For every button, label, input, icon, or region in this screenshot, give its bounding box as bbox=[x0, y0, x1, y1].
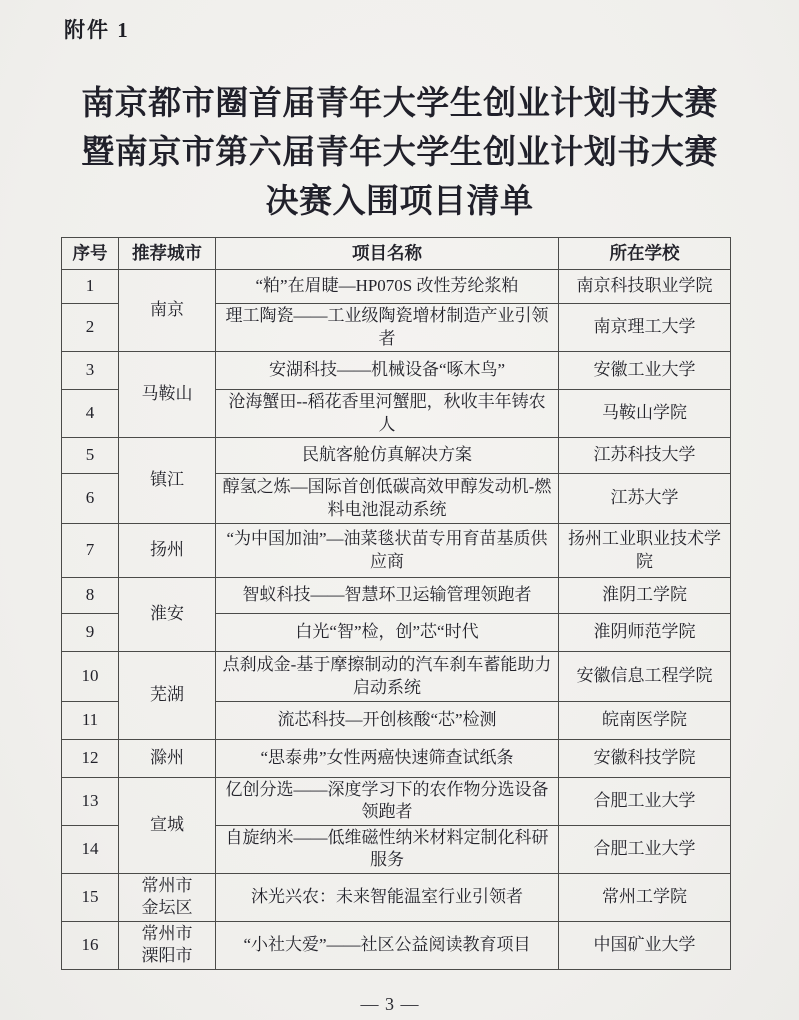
cell-project: “为中国加油”—油菜毯状苗专用育苗基质供应商 bbox=[216, 524, 559, 578]
cell-school: 扬州工业职业技术学院 bbox=[559, 524, 731, 578]
cell-project: 亿创分选——深度学习下的农作物分选设备领跑者 bbox=[216, 778, 559, 826]
table-row: 15 常州市 金坛区 沐光兴农：未来智能温室行业引领者 常州工学院 bbox=[62, 873, 731, 921]
cell-no: 5 bbox=[62, 438, 119, 474]
cell-no: 3 bbox=[62, 352, 119, 390]
table-row: 3 马鞍山 安湖科技——机械设备“啄木鸟” 安徽工业大学 bbox=[62, 352, 731, 390]
cell-school: 安徽科技学院 bbox=[559, 740, 731, 778]
cell-project: 沧海蟹田--稻花香里河蟹肥，秋收丰年铸农人 bbox=[216, 390, 559, 438]
table-row: 8 淮安 智蚁科技——智慧环卫运输管理领跑者 淮阴工学院 bbox=[62, 578, 731, 614]
cell-no: 16 bbox=[62, 921, 119, 969]
cell-no: 1 bbox=[62, 270, 119, 304]
cell-project: 理工陶瓷——工业级陶瓷增材制造产业引领者 bbox=[216, 304, 559, 352]
table-header-row: 序号 推荐城市 项目名称 所在学校 bbox=[62, 238, 731, 270]
cell-school: 安徽工业大学 bbox=[559, 352, 731, 390]
cell-project: 安湖科技——机械设备“啄木鸟” bbox=[216, 352, 559, 390]
table-row: 10 芜湖 点刹成金-基于摩擦制动的汽车刹车蓄能助力启动系统 安徽信息工程学院 bbox=[62, 652, 731, 702]
cell-no: 11 bbox=[62, 702, 119, 740]
cell-school: 淮阴工学院 bbox=[559, 578, 731, 614]
cell-school: 合肥工业大学 bbox=[559, 778, 731, 826]
cell-city: 淮安 bbox=[119, 578, 216, 652]
cell-no: 14 bbox=[62, 825, 119, 873]
cell-school: 南京科技职业学院 bbox=[559, 270, 731, 304]
title-line-2: 暨南京市第六届青年大学生创业计划书大赛 bbox=[0, 129, 799, 178]
table-row: 5 镇江 民航客舱仿真解决方案 江苏科技大学 bbox=[62, 438, 731, 474]
cell-no: 4 bbox=[62, 390, 119, 438]
cell-school: 安徽信息工程学院 bbox=[559, 652, 731, 702]
header-project: 项目名称 bbox=[216, 238, 559, 270]
cell-city: 马鞍山 bbox=[119, 352, 216, 438]
cell-school: 皖南医学院 bbox=[559, 702, 731, 740]
cell-city: 宣城 bbox=[119, 778, 216, 874]
cell-no: 15 bbox=[62, 873, 119, 921]
cell-no: 8 bbox=[62, 578, 119, 614]
cell-school: 淮阴师范学院 bbox=[559, 614, 731, 652]
cell-city: 镇江 bbox=[119, 438, 216, 524]
cell-school: 中国矿业大学 bbox=[559, 921, 731, 969]
cell-project: 自旋纳米——低维磁性纳米材料定制化科研服务 bbox=[216, 825, 559, 873]
finalist-projects-table: 序号 推荐城市 项目名称 所在学校 1 南京 “粕”在眉睫—HP070S 改性芳… bbox=[61, 237, 731, 970]
cell-project: “粕”在眉睫—HP070S 改性芳纶浆粕 bbox=[216, 270, 559, 304]
cell-school: 江苏大学 bbox=[559, 474, 731, 524]
scanned-document-page: { "attachment_label": "附件 1", "title": {… bbox=[0, 0, 799, 1020]
table-row: 12 滁州 “思泰弗”女性两癌快速筛查试纸条 安徽科技学院 bbox=[62, 740, 731, 778]
title-line-3: 决赛入围项目清单 bbox=[0, 178, 799, 227]
header-no: 序号 bbox=[62, 238, 119, 270]
cell-city: 常州市 溧阳市 bbox=[119, 921, 216, 969]
table-row: 13 宣城 亿创分选——深度学习下的农作物分选设备领跑者 合肥工业大学 bbox=[62, 778, 731, 826]
header-city: 推荐城市 bbox=[119, 238, 216, 270]
cell-city: 常州市 金坛区 bbox=[119, 873, 216, 921]
document-title: 南京都市圈首届青年大学生创业计划书大赛 暨南京市第六届青年大学生创业计划书大赛 … bbox=[0, 80, 799, 227]
cell-no: 10 bbox=[62, 652, 119, 702]
cell-school: 南京理工大学 bbox=[559, 304, 731, 352]
cell-project: 点刹成金-基于摩擦制动的汽车刹车蓄能助力启动系统 bbox=[216, 652, 559, 702]
page-number: — 3 — bbox=[0, 994, 780, 1015]
cell-no: 2 bbox=[62, 304, 119, 352]
cell-project: 流芯科技—开创核酸“芯”检测 bbox=[216, 702, 559, 740]
cell-project: “思泰弗”女性两癌快速筛查试纸条 bbox=[216, 740, 559, 778]
cell-project: “小社大爱”——社区公益阅读教育项目 bbox=[216, 921, 559, 969]
cell-no: 7 bbox=[62, 524, 119, 578]
cell-city: 扬州 bbox=[119, 524, 216, 578]
table-row: 1 南京 “粕”在眉睫—HP070S 改性芳纶浆粕 南京科技职业学院 bbox=[62, 270, 731, 304]
cell-no: 13 bbox=[62, 778, 119, 826]
cell-no: 9 bbox=[62, 614, 119, 652]
title-line-1: 南京都市圈首届青年大学生创业计划书大赛 bbox=[0, 80, 799, 129]
cell-school: 合肥工业大学 bbox=[559, 825, 731, 873]
cell-city: 南京 bbox=[119, 270, 216, 352]
cell-city: 芜湖 bbox=[119, 652, 216, 740]
cell-project: 民航客舱仿真解决方案 bbox=[216, 438, 559, 474]
cell-project: 醇氢之炼—国际首创低碳高效甲醇发动机-燃料电池混动系统 bbox=[216, 474, 559, 524]
table-row: 7 扬州 “为中国加油”—油菜毯状苗专用育苗基质供应商 扬州工业职业技术学院 bbox=[62, 524, 731, 578]
cell-school: 江苏科技大学 bbox=[559, 438, 731, 474]
cell-city: 滁州 bbox=[119, 740, 216, 778]
attachment-label: 附件 1 bbox=[64, 14, 130, 44]
cell-project: 白光“智”检，创”芯“时代 bbox=[216, 614, 559, 652]
table-row: 16 常州市 溧阳市 “小社大爱”——社区公益阅读教育项目 中国矿业大学 bbox=[62, 921, 731, 969]
cell-school: 马鞍山学院 bbox=[559, 390, 731, 438]
header-school: 所在学校 bbox=[559, 238, 731, 270]
cell-no: 6 bbox=[62, 474, 119, 524]
cell-project: 智蚁科技——智慧环卫运输管理领跑者 bbox=[216, 578, 559, 614]
cell-school: 常州工学院 bbox=[559, 873, 731, 921]
cell-project: 沐光兴农：未来智能温室行业引领者 bbox=[216, 873, 559, 921]
cell-no: 12 bbox=[62, 740, 119, 778]
